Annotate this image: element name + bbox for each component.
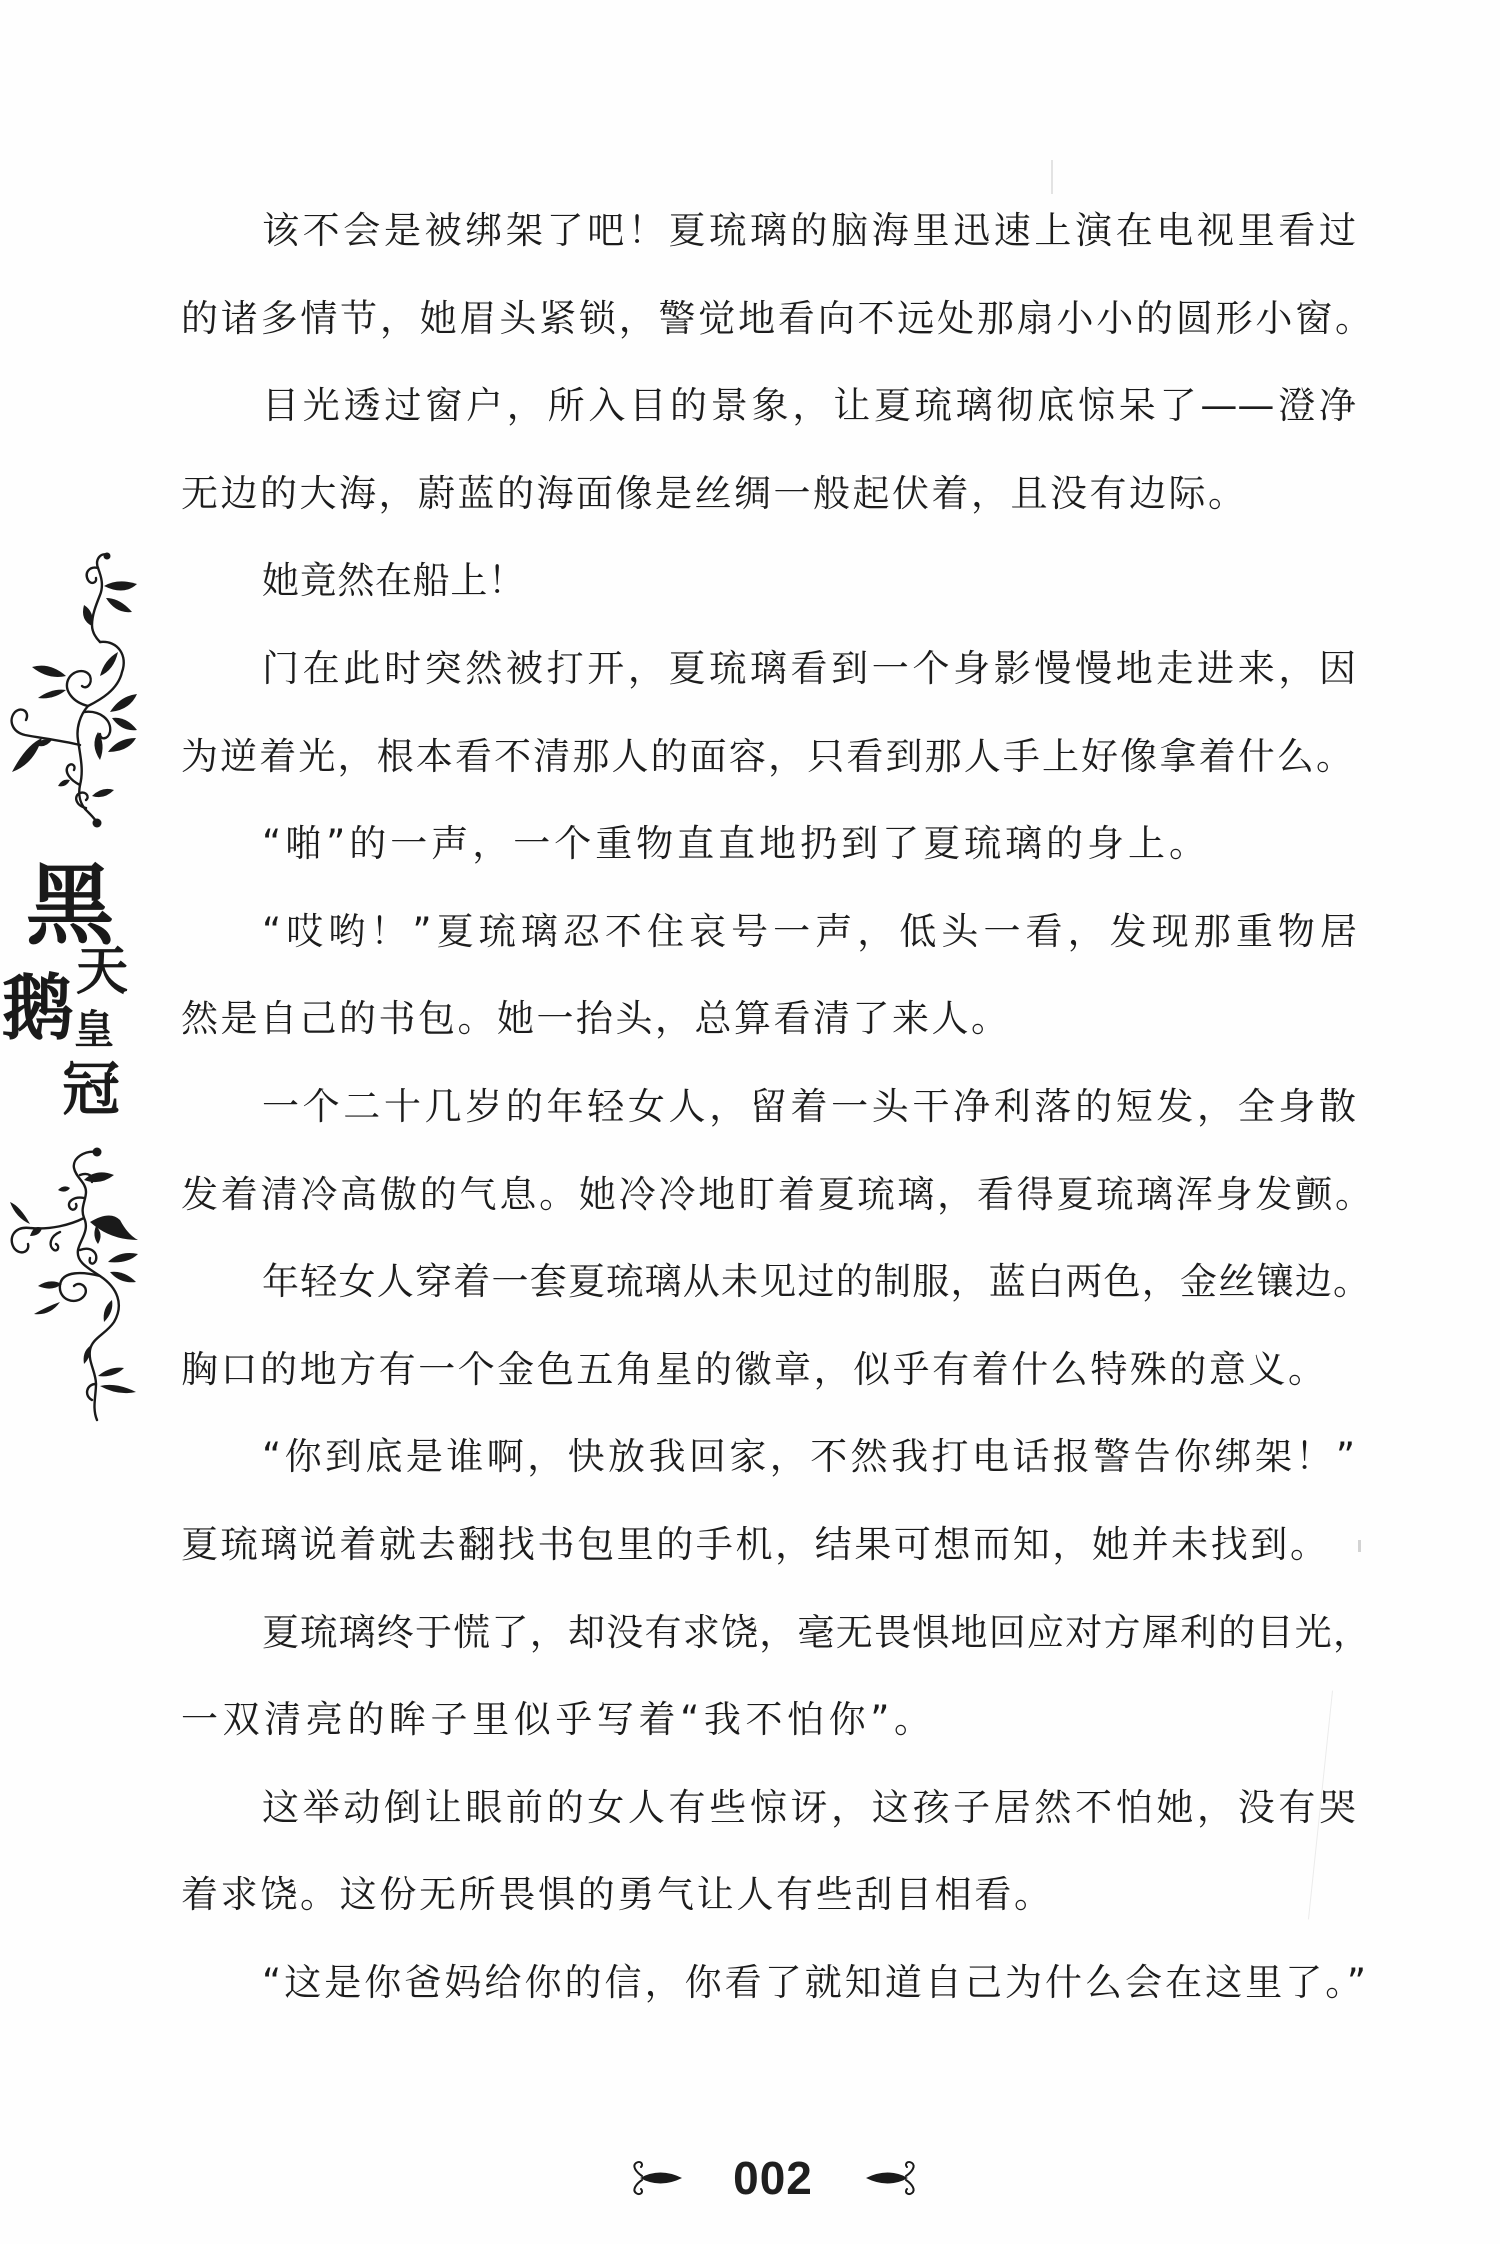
text-line: “这是你爸妈给你的信，你看了就知道自己为什么会在这里了。” <box>262 1959 1366 2007</box>
text-line: “你到底是谁啊，快放我回家，不然我打电话报警告你绑架！” <box>262 1433 1355 1481</box>
text-line: 发着清冷高傲的气息。她冷冷地盯着夏琉璃，看得夏琉璃浑身发颤。 <box>181 1171 1372 1219</box>
scan-artifact <box>1358 1540 1361 1552</box>
page-number: 002 <box>730 2150 816 2206</box>
text-line: 着求饶。这份无所畏惧的勇气让人有些刮目相看。 <box>181 1871 1051 1919</box>
page-ornament-right-icon <box>862 2158 922 2198</box>
text-line: 夏琉璃终于慌了，却没有求饶，毫无畏惧地回应对方犀利的目光， <box>262 1609 1370 1657</box>
text-line: 无边的大海，蔚蓝的海面像是丝绸一般起伏着，且没有边际。 <box>181 470 1245 518</box>
text-line: “哎哟！”夏琉璃忍不住哀号一声，低头一看，发现那重物居 <box>262 908 1357 956</box>
series-title-char-guan: 冠 <box>62 1060 120 1118</box>
series-title-char-e: 鹅 <box>2 972 74 1044</box>
book-page: 黑 天 鹅 皇 冠 <box>0 0 1500 2244</box>
scan-artifact <box>1051 160 1053 194</box>
series-title-char-tian: 天 <box>76 946 128 998</box>
text-line: 该不会是被绑架了吧！夏琉璃的脑海里迅速上演在电视里看过 <box>262 207 1356 255</box>
text-line: 这举动倒让眼前的女人有些惊讶，这孩子居然不怕她，没有哭 <box>262 1784 1356 1832</box>
text-line: 夏琉璃说着就去翻找书包里的手机，结果可想而知，她并未找到。 <box>181 1521 1327 1569</box>
series-title-char-hei: 黑 <box>26 862 114 950</box>
text-line: “啪”的一声，一个重物直直地扔到了夏琉璃的身上。 <box>262 820 1206 868</box>
text-line: 一双清亮的眸子里似乎写着“我不怕你”。 <box>181 1696 931 1744</box>
text-line: 一个二十几岁的年轻女人，留着一头干净利落的短发，全身散 <box>262 1083 1356 1131</box>
page-ornament-left-icon <box>626 2158 686 2198</box>
text-line: 门在此时突然被打开，夏琉璃看到一个身影慢慢地走进来，因 <box>262 645 1356 693</box>
text-line: 年轻女人穿着一套夏琉璃从未见过的制服，蓝白两色，金丝镶边。 <box>262 1258 1370 1306</box>
vine-ornament-top-icon <box>0 540 150 840</box>
text-line: 然是自己的书包。她一抬头，总算看清了来人。 <box>181 995 1008 1043</box>
text-line: 胸口的地方有一个金色五角星的徽章，似乎有着什么特殊的意义。 <box>181 1346 1325 1394</box>
vine-ornament-bottom-icon <box>0 1140 150 1430</box>
text-line: 目光透过窗户，所入目的景象，让夏琉璃彻底惊呆了——澄净 <box>262 382 1356 430</box>
series-title-char-huang: 皇 <box>74 1010 114 1050</box>
text-line: 为逆着光，根本看不清那人的面容，只看到那人手上好像拿着什么。 <box>181 733 1353 781</box>
text-line: 的诸多情节，她眉头紧锁，警觉地看向不远处那扇小小的圆形小窗。 <box>181 295 1372 343</box>
text-line: 她竟然在船上！ <box>262 557 525 605</box>
